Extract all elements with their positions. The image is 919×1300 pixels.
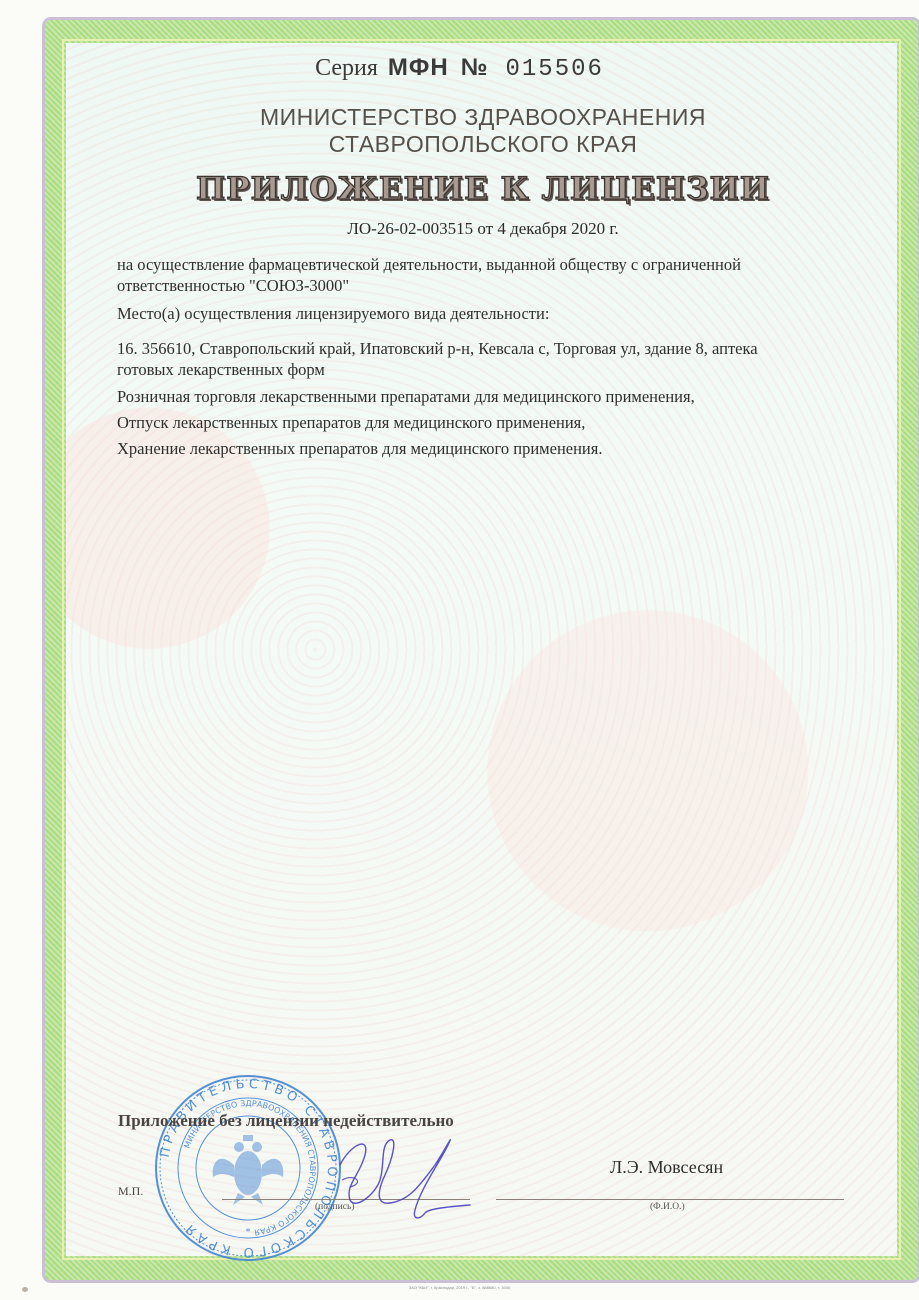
activity-item: Отпуск лекарственных препаратов для меди… <box>117 412 837 433</box>
license-reference: ЛО-26-02-003515 от 4 декабря 2020 г. <box>0 219 919 239</box>
seal-label: М.П. <box>118 1184 143 1199</box>
scan-speck <box>22 1287 28 1292</box>
series-code: МФН <box>388 54 449 81</box>
address-line-2: готовых лекарственных форм <box>117 359 837 380</box>
series-label: Серия <box>315 55 378 81</box>
document-title: ПРИЛОЖЕНИЕ К ЛИЦЕНЗИИ <box>0 171 919 207</box>
intro-line-2: ответственностью "СОЮЗ-3000" <box>117 275 837 296</box>
signatory-name: Л.Э. Мовсесян <box>610 1157 723 1178</box>
handwritten-signature <box>320 1125 480 1225</box>
activity-item: Розничная торговля лекарственными препар… <box>117 386 837 407</box>
activity-item: Хранение лекарственных препаратов для ме… <box>117 438 837 459</box>
svg-text:*: * <box>246 1227 251 1238</box>
series-number: 015506 <box>506 56 604 83</box>
number-sign: № <box>461 54 488 81</box>
address-line-1: 16. 356610, Ставропольский край, Ипатовс… <box>117 338 857 359</box>
intro-line-1: на осуществление фармацевтической деятел… <box>117 254 837 275</box>
places-heading: Место(а) осуществления лицензируемого ви… <box>117 303 837 324</box>
name-caption: (Ф.И.О.) <box>650 1202 685 1212</box>
ministry-name: МИНИСТЕРСТВО ЗДРАВООХРАНЕНИЯ СТАВРОПОЛЬС… <box>0 104 919 158</box>
printer-imprint: ЗАО "КБИ", г. Краснодар, 2019 г., "Б", з… <box>0 1285 919 1290</box>
official-seal-stamp: ПРАВИТЕЛЬСТВО СТАВРОПОЛЬСКОГО КРАЯ МИНИС… <box>153 1073 343 1263</box>
name-line <box>496 1199 844 1200</box>
coat-of-arms-icon <box>213 1135 284 1205</box>
series-line: СерияМФН№015506 <box>0 54 919 83</box>
ministry-line-2: СТАВРОПОЛЬСКОГО КРАЯ <box>0 131 919 158</box>
ministry-line-1: МИНИСТЕРСТВО ЗДРАВООХРАНЕНИЯ <box>0 104 919 131</box>
